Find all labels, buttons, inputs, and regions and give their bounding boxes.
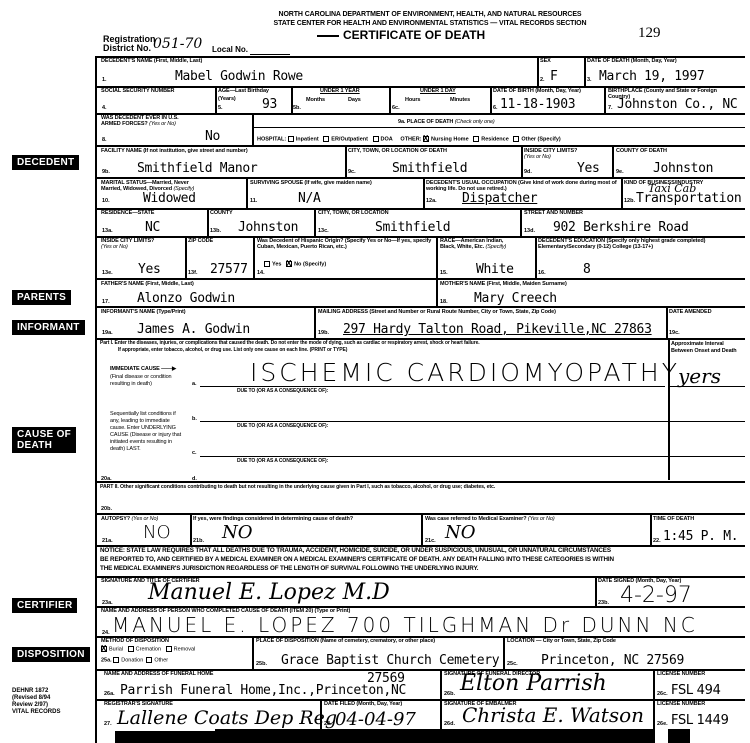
rule	[421, 513, 423, 545]
hours-label: Hours	[405, 97, 420, 103]
informant-name: James A. Godwin	[137, 323, 250, 337]
res-inside-city-label: INSIDE CITY LIMITS?(Yes or No)	[101, 238, 154, 250]
director-signature: Elton Parrish	[460, 671, 607, 696]
informant-label: INFORMANT'S NAME (Type/Print)	[101, 309, 185, 315]
item-num: 16.	[538, 270, 546, 276]
rule	[95, 278, 745, 280]
street-label: STREET AND NUMBER	[524, 210, 583, 216]
due-to-b: DUE TO (OR AS A CONSEQUENCE OF):	[237, 423, 328, 429]
death-county: Johnston	[653, 162, 713, 176]
local-no-line	[250, 54, 290, 55]
checkbox-doa[interactable]	[373, 136, 379, 142]
rule	[95, 113, 745, 115]
method-removal: Removal	[174, 646, 196, 652]
item-num: 13e.	[102, 270, 113, 276]
opt-er: ER/Outpatient	[331, 136, 368, 142]
education: 8	[583, 263, 591, 277]
rule	[621, 177, 623, 208]
informant-address: 297 Hardy Talton Road, Pikeville,NC 2786…	[343, 323, 652, 337]
rule	[584, 56, 586, 86]
rule	[320, 699, 322, 729]
res-inside-city: Yes	[138, 263, 161, 277]
district-number: 051-70	[153, 36, 202, 52]
hispanic-yes: Yes	[272, 261, 281, 267]
decedent-name: Mabel Godwin Rowe	[175, 70, 303, 84]
race-label: RACE—American Indian,Black, White, Etc. …	[440, 238, 506, 250]
item-num: 28.	[324, 721, 332, 727]
item-num: 18.	[440, 299, 448, 305]
immediate-cause: ISCHEMIC CARDIOMYOPATHY	[250, 358, 680, 387]
item-num: c.	[192, 450, 197, 456]
rule	[252, 113, 254, 145]
due-to-a: DUE TO (OR AS A CONSEQUENCE OF):	[237, 388, 328, 394]
date-filed: 04-04-97	[335, 709, 416, 730]
cause-label-1: CAUSE OF	[17, 429, 71, 440]
rule	[190, 513, 192, 545]
item-num: 25c.	[507, 661, 518, 667]
item-num: 4.	[102, 105, 107, 111]
opt-residence: Residence	[481, 136, 509, 142]
rule	[253, 236, 255, 278]
location-label: LOCATION — City or Town, State, Zip Code	[507, 638, 616, 644]
armed-forces-value: No	[205, 130, 220, 144]
rule	[666, 306, 668, 338]
birthplace: Johnston Co., NC	[617, 98, 750, 112]
part1-instructions-2: If appropriate, enter tobacco, alcohol, …	[118, 347, 347, 353]
sex-label: SEX	[540, 58, 551, 64]
zip-code: 27577	[210, 263, 248, 277]
days-label: Days	[348, 97, 361, 103]
date-filed-label: DATE FILED (Month, Day, Year)	[324, 701, 402, 707]
item-num: 25a.	[101, 657, 112, 663]
rule	[490, 86, 492, 113]
item-num: 22.	[653, 538, 661, 544]
checkbox-burial-checked[interactable]	[101, 646, 107, 652]
notice-line-3: THE MEDICAL EXAMINER'S JURISDICTION REGA…	[100, 564, 478, 573]
hispanic-no: No (Specify)	[294, 261, 326, 267]
item-num: 5b.	[293, 105, 301, 111]
rule	[389, 86, 391, 113]
date-of-death-label: DATE OF DEATH (Month, Day, Year)	[587, 58, 677, 64]
item-num: 8.	[102, 137, 107, 143]
ssn-label: SOCIAL SECURITY NUMBER	[101, 88, 174, 94]
redaction-bar	[668, 729, 690, 743]
opt-other: Other (Specify)	[521, 136, 560, 142]
checkbox-nursing-home-checked[interactable]	[423, 136, 429, 142]
notice-line-1: NOTICE: STATE LAW REQUIRES THAT ALL DEAT…	[100, 546, 611, 555]
form-id: DEHNR 1872 (Revised 8/94 Review 2/97) VI…	[12, 688, 60, 716]
item-num: 9d.	[524, 169, 532, 175]
res-county-label: COUNTY	[210, 210, 233, 216]
item-num: 9b.	[102, 169, 110, 175]
age-years-label: (Years)	[218, 96, 236, 102]
certifier-signature: Manuel E. Lopez M.D	[148, 580, 390, 605]
district-label: District No.	[103, 44, 151, 53]
completer-name-address: MANUEL E. LOPEZ 700 TILGHMAN Dr DUNN NC	[112, 613, 698, 637]
medical-examiner-value: NO	[445, 522, 476, 543]
redaction-bar	[115, 731, 215, 743]
rule	[314, 208, 316, 236]
facility-label: FACILITY NAME (If not institution, give …	[101, 148, 248, 154]
opt-nursing-home: Nursing Home	[431, 136, 469, 142]
item-num: 13d.	[524, 228, 535, 234]
director-license-label: LICENSE NUMBER	[657, 671, 705, 677]
item-num: a.	[192, 381, 197, 387]
race: White	[476, 263, 514, 277]
rule	[95, 177, 745, 179]
method-row-2: 25a. Donation Other	[101, 657, 168, 663]
inside-city-value: Yes	[577, 162, 600, 176]
rule	[535, 236, 537, 278]
disposition-location: Princeton, NC 27569	[541, 654, 684, 668]
rule	[185, 236, 187, 278]
item-num: 26e.	[657, 721, 668, 727]
embalmer-license: FSL 1449	[671, 714, 729, 728]
item-num: 26b.	[444, 691, 455, 697]
age-label: AGE—Last Birthday	[218, 88, 269, 94]
document-title: CERTIFICATE OF DEATH	[343, 28, 485, 42]
funeral-home: Parrish Funeral Home,Inc.,Princeton,NC	[120, 684, 406, 698]
item-num: 12a.	[426, 198, 437, 204]
surviving-spouse: N/A	[298, 192, 321, 206]
res-city: Smithfield	[375, 221, 450, 235]
left-border	[95, 58, 97, 743]
section-certifier: CERTIFIER	[12, 598, 77, 613]
method-label: METHOD OF DISPOSITION	[101, 638, 169, 644]
inside-city-label: INSIDE CITY LIMITS?(Yes or No)	[524, 148, 577, 160]
rule	[436, 278, 438, 306]
title-dash	[317, 35, 339, 37]
item-num: 17.	[102, 299, 110, 305]
rule	[246, 177, 248, 208]
checkbox-other[interactable]	[513, 136, 519, 142]
item-num: 2.	[540, 77, 545, 83]
item-num: 12b.	[624, 198, 635, 204]
spouse-label: SURVIVING SPOUSE (If wife, give maiden n…	[250, 180, 372, 186]
place-of-disposition: Grace Baptist Church Cemetery	[281, 654, 499, 668]
registrar-signature: Lallene Coats Dep Reg	[117, 707, 337, 729]
opt-inpatient: Inpatient	[296, 136, 319, 142]
rule	[503, 636, 505, 669]
res-state-label: RESIDENCE—STATE	[101, 210, 154, 216]
under-1-year-label: UNDER 1 YEAR	[320, 88, 360, 94]
item-num: 26d.	[444, 721, 455, 727]
informant-address-label: MAILING ADDRESS (Street and Number or Ru…	[318, 309, 556, 315]
sex-value: F	[550, 70, 558, 84]
rule	[252, 636, 254, 669]
item-num: 3.	[587, 77, 592, 83]
father-label: FATHER'S NAME (First, Middle, Last)	[101, 281, 194, 287]
opt-doa: DOA	[381, 136, 393, 142]
rule	[612, 145, 614, 177]
date-of-birth: 11-18-1903	[500, 98, 575, 112]
mother-label: MOTHER'S NAME (First, Middle, Maiden Sur…	[440, 281, 567, 287]
method-other: Other	[154, 657, 168, 663]
item-num: 14.	[257, 270, 265, 276]
rule	[215, 86, 217, 113]
embalmer-license-label: LICENSE NUMBER	[657, 701, 705, 707]
checkbox-inpatient[interactable]	[288, 136, 294, 142]
funeral-home-label: NAME AND ADDRESS OF FUNERAL HOME	[104, 671, 213, 677]
rule	[345, 145, 347, 177]
father-name: Alonzo Godwin	[137, 292, 235, 306]
cause-label-2: DEATH	[17, 440, 71, 451]
interval-label: Approximate Interval Between Onset and D…	[671, 341, 746, 355]
street-address: 902 Berkshire Road	[553, 221, 688, 235]
education-label: DECEDENT'S EDUCATION (Specify only highe…	[538, 238, 750, 250]
age-value: 93	[262, 98, 277, 112]
local-no-label: Local No.	[212, 45, 248, 54]
checkbox-removal[interactable]	[166, 646, 172, 652]
method-row-1: Burial Cremation Removal	[101, 646, 195, 652]
checkbox-hispanic-no-checked[interactable]	[286, 261, 292, 267]
item-num: 26c.	[657, 691, 668, 697]
rule	[200, 386, 665, 387]
certificate-number: 129	[638, 25, 661, 42]
checkbox-hispanic-yes[interactable]	[264, 261, 270, 267]
rule	[520, 208, 522, 236]
item-num: 26a.	[104, 691, 115, 697]
minutes-label: Minutes	[450, 97, 470, 103]
item-num: 11.	[250, 198, 257, 204]
checkbox-er-outpatient[interactable]	[323, 136, 329, 142]
zip-label: ZIP CODE	[188, 238, 213, 244]
rule	[95, 208, 745, 210]
hispanic-label: Was Decedent of Hispanic Origin? (Specif…	[257, 238, 437, 250]
rule	[521, 145, 523, 177]
rule	[537, 56, 539, 86]
notice-line-2: BE REPORTED TO, AND CERTIFIED BY A MEDIC…	[100, 555, 614, 564]
facility-name: Smithfield Manor	[137, 162, 257, 176]
place-of-disposition-label: PLACE OF DISPOSITION (Name of cemetery, …	[256, 638, 456, 645]
rule	[200, 456, 745, 457]
item-num: b.	[192, 416, 197, 422]
marital-status: Widowed	[143, 192, 196, 206]
item-num: 13f.	[188, 270, 197, 276]
agency-line-1: NORTH CAROLINA DEPARTMENT OF ENVIRONMENT…	[250, 11, 610, 18]
rule	[604, 86, 606, 113]
item-num: 9c.	[348, 169, 356, 175]
death-city-label: CITY, TOWN, OR LOCATION OF DEATH	[348, 148, 447, 154]
findings-value: NO	[222, 522, 253, 543]
months-label: Months	[306, 97, 325, 103]
hospital-label: HOSPITAL:	[257, 136, 286, 142]
item-num: 9e.	[616, 169, 624, 175]
item-num: 21c.	[425, 538, 436, 544]
other-label: OTHER:	[400, 136, 421, 142]
death-city: Smithfield	[392, 162, 467, 176]
item-num: 13b.	[210, 228, 221, 234]
sequential-label: Sequentially list conditions if any, lea…	[110, 411, 182, 453]
item-num: 10.	[102, 198, 110, 204]
rule	[252, 127, 745, 128]
place-of-death-options: HOSPITAL: Inpatient ER/Outpatient DOA OT…	[257, 136, 561, 142]
section-informant: INFORMANT	[12, 320, 85, 335]
rule	[200, 421, 745, 422]
rule	[95, 306, 745, 308]
res-city-label: CITY, TOWN, OR LOCATION	[318, 210, 389, 216]
time-of-death-label: TIME OF DEATH	[653, 516, 694, 522]
embalmer-signature: Christa E. Watson	[462, 703, 644, 727]
item-num: 19c.	[669, 330, 680, 336]
interval-a: yers	[678, 364, 721, 388]
date-amended-label: DATE AMENDED	[669, 309, 712, 315]
death-county-label: COUNTY OF DEATH	[616, 148, 667, 154]
date-of-death: March 19, 1997	[599, 70, 704, 84]
res-state: NC	[145, 221, 160, 235]
rule	[95, 513, 745, 515]
item-num: 5.	[218, 105, 223, 111]
place-of-death-label: 9a. PLACE OF DEATH (Check only one)	[398, 119, 495, 125]
item-num: 6c.	[392, 105, 400, 111]
agency-line-2: STATE CENTER FOR HEALTH AND ENVIRONMENTA…	[250, 20, 610, 27]
rule	[314, 306, 316, 338]
rule	[207, 208, 209, 236]
business-industry: Transportation	[636, 192, 750, 206]
mother-name: Mary Creech	[474, 292, 557, 306]
rule	[595, 576, 597, 606]
rule	[423, 177, 425, 208]
section-parents: PARENTS	[12, 290, 71, 305]
immediate-cause-label: IMMEDIATE CAUSE ——▶	[110, 366, 176, 372]
item-num: 7.	[608, 105, 613, 111]
immediate-cause-text: IMMEDIATE CAUSE	[110, 366, 160, 372]
method-cremation: Cremation	[136, 646, 161, 652]
item-num: 20b.	[101, 506, 112, 512]
section-decedent: DECEDENT	[12, 155, 79, 170]
checkbox-residence[interactable]	[473, 136, 479, 142]
item-num: 6.	[493, 105, 498, 111]
item-num: 13c.	[318, 228, 329, 234]
item-num: 15.	[440, 270, 448, 276]
rule	[436, 236, 438, 278]
director-license: FSL 494	[671, 684, 721, 698]
rule	[650, 513, 652, 545]
section-disposition: DISPOSITION	[12, 647, 90, 662]
checkbox-donation[interactable]	[113, 657, 119, 663]
rule	[95, 481, 745, 483]
time-of-death: 1:45 P. M.	[663, 530, 738, 544]
autopsy-value: NO	[143, 522, 171, 543]
part1-instructions-1: Part I. Enter the diseases, injuries, or…	[100, 340, 480, 346]
armed-forces-label: WAS DECEDENT EVER IN U.S.ARMED FORCES? (…	[101, 115, 179, 127]
method-donation: Donation	[121, 657, 143, 663]
item-num: 13a.	[102, 228, 113, 234]
item-num: 1.	[102, 77, 107, 83]
checkbox-other-method[interactable]	[146, 657, 152, 663]
res-county: Johnston	[238, 221, 298, 235]
section-cause-of-death: CAUSE OF DEATH	[12, 427, 76, 453]
date-signed: 4-2-97	[620, 583, 692, 608]
redaction-bar	[215, 729, 655, 743]
rule	[95, 699, 745, 701]
item-num: 19a.	[102, 330, 113, 336]
item-num: 19b.	[318, 330, 329, 336]
item-num: 25b.	[256, 661, 267, 667]
item-num: 27.	[104, 721, 112, 727]
item-num: 21a.	[102, 538, 113, 544]
part2-label: PART II. Other significant conditions co…	[100, 484, 495, 490]
method-burial: Burial	[109, 646, 123, 652]
due-to-c: DUE TO (OR AS A CONSEQUENCE OF):	[237, 458, 328, 464]
name-label: DECEDENT'S NAME (First, Middle, Last)	[101, 58, 202, 64]
hispanic-options: Yes No (Specify)	[264, 261, 326, 267]
rule	[95, 145, 745, 147]
checkbox-cremation[interactable]	[128, 646, 134, 652]
findings-label: If yes, were findings considered in dete…	[193, 516, 353, 522]
occupation: Dispatcher	[462, 192, 537, 206]
item-num: 21b.	[193, 538, 204, 544]
rule	[668, 386, 745, 387]
immediate-cause-sub: (Final disease or condition resulting in…	[110, 374, 180, 388]
dob-label: DATE OF BIRTH (Month, Day, Year)	[493, 88, 603, 94]
under-1-day-label: UNDER 1 DAY	[420, 88, 456, 94]
